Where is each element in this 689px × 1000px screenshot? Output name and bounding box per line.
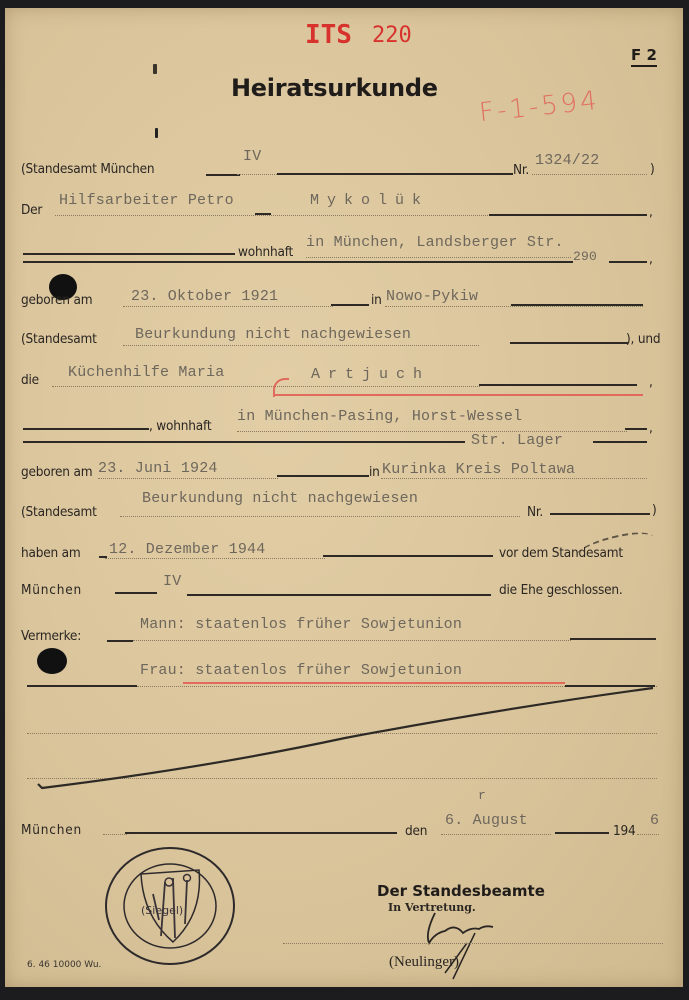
official-seal: (Siegel)	[103, 844, 237, 968]
form-dotted-line	[441, 834, 551, 835]
form-rule	[555, 832, 609, 834]
void-strike-line	[5, 8, 683, 987]
issue-den-label: den	[405, 823, 427, 839]
registrar-title: Der Standesbeamte	[377, 882, 545, 900]
issue-year-prefix: 194	[613, 823, 636, 839]
issue-year-suffix: 6	[650, 812, 659, 829]
form-dotted-line	[637, 834, 659, 835]
signature-line	[283, 943, 663, 944]
issue-date: 6. August	[445, 812, 528, 829]
form-dotted-line	[103, 834, 127, 835]
print-code: 6. 46 10000 Wu.	[27, 960, 101, 970]
issue-superscript: r	[478, 788, 486, 803]
issue-city-label: München	[21, 822, 82, 838]
form-rule	[125, 832, 397, 834]
certificate-sheet: ITS 220 F 2 Heiratsurkunde F-1-594 (Stan…	[5, 8, 683, 987]
registrar-name: (Neulinger)	[389, 954, 459, 971]
seal-label: (Siegel)	[141, 904, 183, 917]
